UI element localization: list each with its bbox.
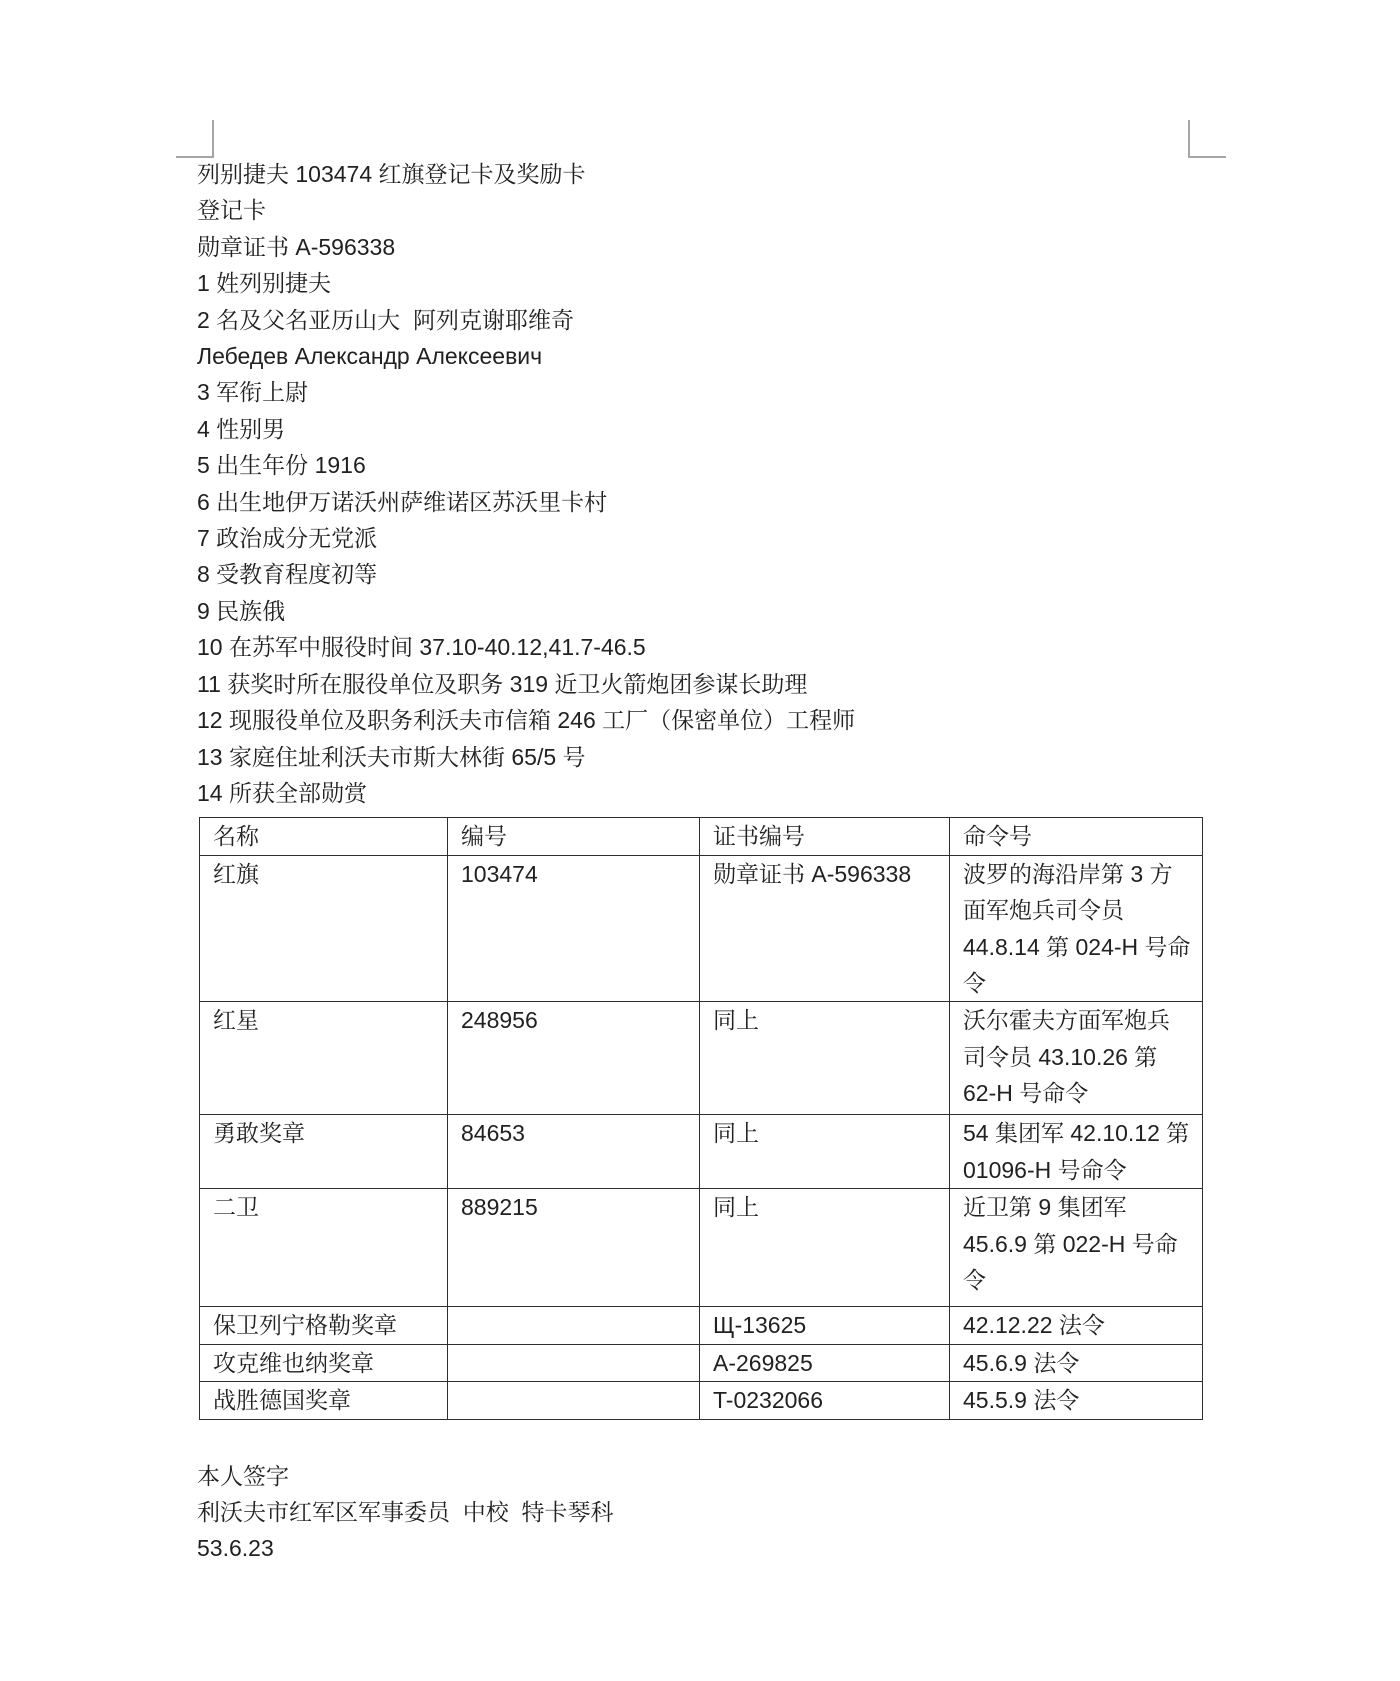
cell-order: 波罗的海沿岸第 3 方面军炮兵司令员 44.8.14 第 024-H 号命令	[950, 855, 1203, 1002]
paragraph-line: 4 性别男	[197, 411, 1203, 447]
table-row: 红旗103474勋章证书 A-596338波罗的海沿岸第 3 方面军炮兵司令员 …	[200, 855, 1203, 1002]
paragraph-line: 13 家庭住址利沃夫市斯大林街 65/5 号	[197, 739, 1203, 775]
cell-number: 889215	[448, 1189, 700, 1307]
paragraph-line: 列别捷夫 103474 红旗登记卡及奖励卡	[197, 156, 1203, 192]
awards-table-header: 名称编号证书编号命令号	[200, 818, 1203, 855]
table-header-cell: 编号	[448, 818, 700, 855]
table-row: 红星248956同上沃尔霍夫方面军炮兵司令员 43.10.26 第 62-H 号…	[200, 1002, 1203, 1115]
crop-mark-top-left	[176, 120, 214, 158]
cell-certificate: 同上	[700, 1002, 950, 1115]
cell-order: 45.5.9 法令	[950, 1382, 1203, 1419]
cell-certificate: A-269825	[700, 1344, 950, 1381]
cell-order: 42.12.22 法令	[950, 1307, 1203, 1344]
paragraph-line: 勋章证书 A-596338	[197, 229, 1203, 265]
cell-certificate: 同上	[700, 1115, 950, 1189]
blank-line	[197, 1420, 1203, 1458]
table-row: 战胜德国奖章T-023206645.5.9 法令	[200, 1382, 1203, 1419]
table-row: 保卫列宁格勒奖章Щ-1362542.12.22 法令	[200, 1307, 1203, 1344]
cell-number	[448, 1344, 700, 1381]
table-row: 攻克维也纳奖章A-26982545.6.9 法令	[200, 1344, 1203, 1381]
awards-table: 名称编号证书编号命令号 红旗103474勋章证书 A-596338波罗的海沿岸第…	[199, 817, 1203, 1419]
paragraph-line: 8 受教育程度初等	[197, 556, 1203, 592]
footer-line: 本人签字	[197, 1458, 1203, 1494]
paragraph-line: 7 政治成分无党派	[197, 520, 1203, 556]
table-header-cell: 名称	[200, 818, 448, 855]
paragraph-block: 列别捷夫 103474 红旗登记卡及奖励卡登记卡勋章证书 A-5963381 姓…	[197, 156, 1203, 811]
paragraph-line: 6 出生地伊万诺沃州萨维诺区苏沃里卡村	[197, 484, 1203, 520]
table-row: 二卫889215同上近卫第 9 集团军 45.6.9 第 022-H 号命令	[200, 1189, 1203, 1307]
awards-table-body: 红旗103474勋章证书 A-596338波罗的海沿岸第 3 方面军炮兵司令员 …	[200, 855, 1203, 1419]
paragraph-line: 5 出生年份 1916	[197, 447, 1203, 483]
footer-line: 利沃夫市红军区军事委员 中校 特卡琴科	[197, 1494, 1203, 1530]
cell-certificate: T-0232066	[700, 1382, 950, 1419]
paragraph-line: Лебедев Александр Алексеевич	[197, 338, 1203, 374]
paragraph-line: 10 在苏军中服役时间 37.10-40.12,41.7-46.5	[197, 629, 1203, 665]
cell-name: 红星	[200, 1002, 448, 1115]
document-content: 列别捷夫 103474 红旗登记卡及奖励卡登记卡勋章证书 A-5963381 姓…	[197, 156, 1203, 1567]
paragraph-line: 11 获奖时所在服役单位及职务 319 近卫火箭炮团参谋长助理	[197, 666, 1203, 702]
signature-block: 本人签字利沃夫市红军区军事委员 中校 特卡琴科53.6.23	[197, 1458, 1203, 1567]
table-row: 勇敢奖章84653同上54 集团军 42.10.12 第 01096-H 号命令	[200, 1115, 1203, 1189]
cell-number	[448, 1382, 700, 1419]
page: 列别捷夫 103474 红旗登记卡及奖励卡登记卡勋章证书 A-5963381 姓…	[0, 0, 1400, 1681]
paragraph-line: 9 民族俄	[197, 593, 1203, 629]
cell-certificate: 同上	[700, 1189, 950, 1307]
cell-name: 攻克维也纳奖章	[200, 1344, 448, 1381]
cell-number: 248956	[448, 1002, 700, 1115]
cell-certificate: 勋章证书 A-596338	[700, 855, 950, 1002]
cell-order: 54 集团军 42.10.12 第 01096-H 号命令	[950, 1115, 1203, 1189]
table-header-cell: 命令号	[950, 818, 1203, 855]
crop-mark-top-right	[1188, 120, 1226, 158]
cell-name: 二卫	[200, 1189, 448, 1307]
cell-name: 战胜德国奖章	[200, 1382, 448, 1419]
cell-name: 红旗	[200, 855, 448, 1002]
cell-name: 勇敢奖章	[200, 1115, 448, 1189]
cell-certificate: Щ-13625	[700, 1307, 950, 1344]
paragraph-line: 2 名及父名亚历山大 阿列克谢耶维奇	[197, 302, 1203, 338]
cell-number: 84653	[448, 1115, 700, 1189]
cell-order: 45.6.9 法令	[950, 1344, 1203, 1381]
cell-number	[448, 1307, 700, 1344]
table-header-row: 名称编号证书编号命令号	[200, 818, 1203, 855]
footer-line: 53.6.23	[197, 1530, 1203, 1566]
cell-order: 沃尔霍夫方面军炮兵司令员 43.10.26 第 62-H 号命令	[950, 1002, 1203, 1115]
paragraph-line: 3 军衔上尉	[197, 374, 1203, 410]
cell-name: 保卫列宁格勒奖章	[200, 1307, 448, 1344]
paragraph-line: 登记卡	[197, 192, 1203, 228]
paragraph-line: 12 现服役单位及职务利沃夫市信箱 246 工厂（保密单位）工程师	[197, 702, 1203, 738]
cell-order: 近卫第 9 集团军 45.6.9 第 022-H 号命令	[950, 1189, 1203, 1307]
paragraph-line: 14 所获全部勋赏	[197, 775, 1203, 811]
paragraph-line: 1 姓列别捷夫	[197, 265, 1203, 301]
table-header-cell: 证书编号	[700, 818, 950, 855]
cell-number: 103474	[448, 855, 700, 1002]
